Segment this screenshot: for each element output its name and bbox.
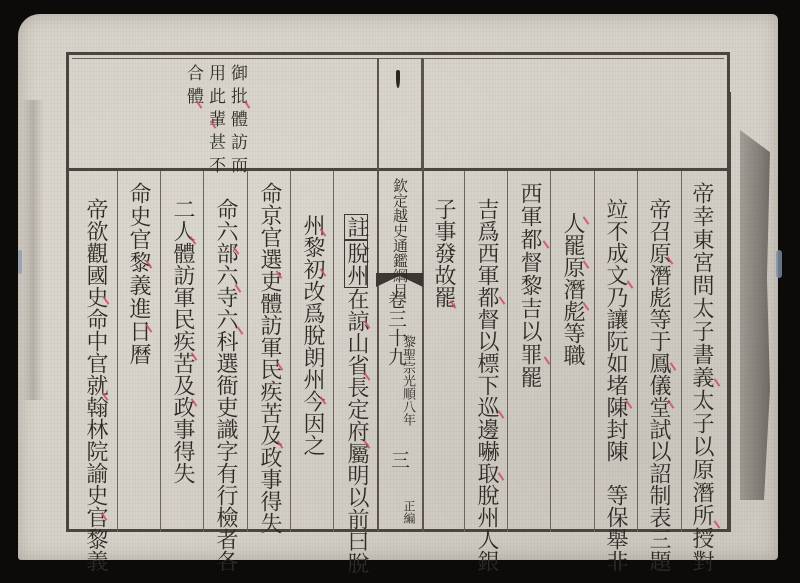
upper-annotation-line-1: 御批體訪而 — [228, 64, 245, 179]
text-column-8: 註脫州在諒山省長定府屬明以前曰脫 — [344, 214, 368, 574]
text-column-6: 吉爲西軍都督以標下巡邊嚇取脫州人銀 — [475, 198, 497, 572]
column-rule — [507, 171, 508, 532]
book-title: 欽定越史通鑑綱目 — [392, 178, 407, 298]
fold-fishtail-mark — [396, 70, 400, 88]
text-column-12: 二人體訪軍民疾苦及政事得失 — [171, 198, 193, 484]
column-rule — [333, 171, 334, 532]
column-rule — [203, 171, 204, 532]
upper-register-rule — [66, 168, 730, 171]
text-column-10: 命京官選吏體訪軍民疾苦及政事得失 — [258, 182, 280, 534]
column-rule — [681, 171, 682, 532]
reign-heading: 黎聖宗光順八年 — [401, 335, 414, 426]
text-column-3: 竝不成文乃讓阮如堵陳封陳𧭘等保舉非 — [604, 198, 626, 572]
text-column-1: 帝幸東宮問太子書義太子以原潛所授對 — [690, 182, 712, 573]
fold-rule-right — [422, 58, 424, 532]
column-rule — [594, 171, 595, 532]
fold-rule-left — [377, 58, 379, 532]
text-column-5: 西軍都督黎吉以罪罷 — [518, 182, 540, 389]
upper-annotation-line-2: 用此輩甚不 — [206, 64, 223, 179]
boxed-place-name: 脫州 — [344, 240, 368, 288]
column-rule — [247, 171, 248, 532]
note-label: 註 — [344, 214, 368, 240]
column-rule — [160, 171, 161, 532]
column-rule — [550, 171, 551, 532]
column-rule — [464, 171, 465, 532]
torn-edge-right — [740, 130, 770, 500]
inner-top-rule — [72, 58, 724, 59]
blue-mark-right — [776, 250, 782, 278]
note-text: 在諒山省長定府屬明以前曰脫 — [344, 288, 369, 574]
blue-mark-left — [18, 250, 22, 274]
text-column-9: 州黎初改爲脫朗州今因之 — [301, 214, 323, 456]
text-column-2: 帝召原潛彪等于鳳儀堂試以詔制表三題 — [647, 198, 669, 572]
text-column-13: 命史官黎義進日曆 — [127, 182, 149, 366]
section-label: 正編 — [403, 500, 415, 524]
column-rule — [290, 171, 291, 532]
column-rule — [117, 171, 118, 532]
print-frame-right-edge — [728, 92, 731, 532]
text-column-4: 人罷原潛彪等職 — [561, 212, 583, 366]
page-number: 三 — [389, 450, 408, 471]
text-column-7: 子事發故罷 — [432, 198, 454, 308]
column-rule — [637, 171, 638, 532]
text-column-11: 命六部六寺六科選衙吏識字有行檢者各 — [214, 198, 236, 572]
paper-stain-left — [22, 100, 44, 400]
